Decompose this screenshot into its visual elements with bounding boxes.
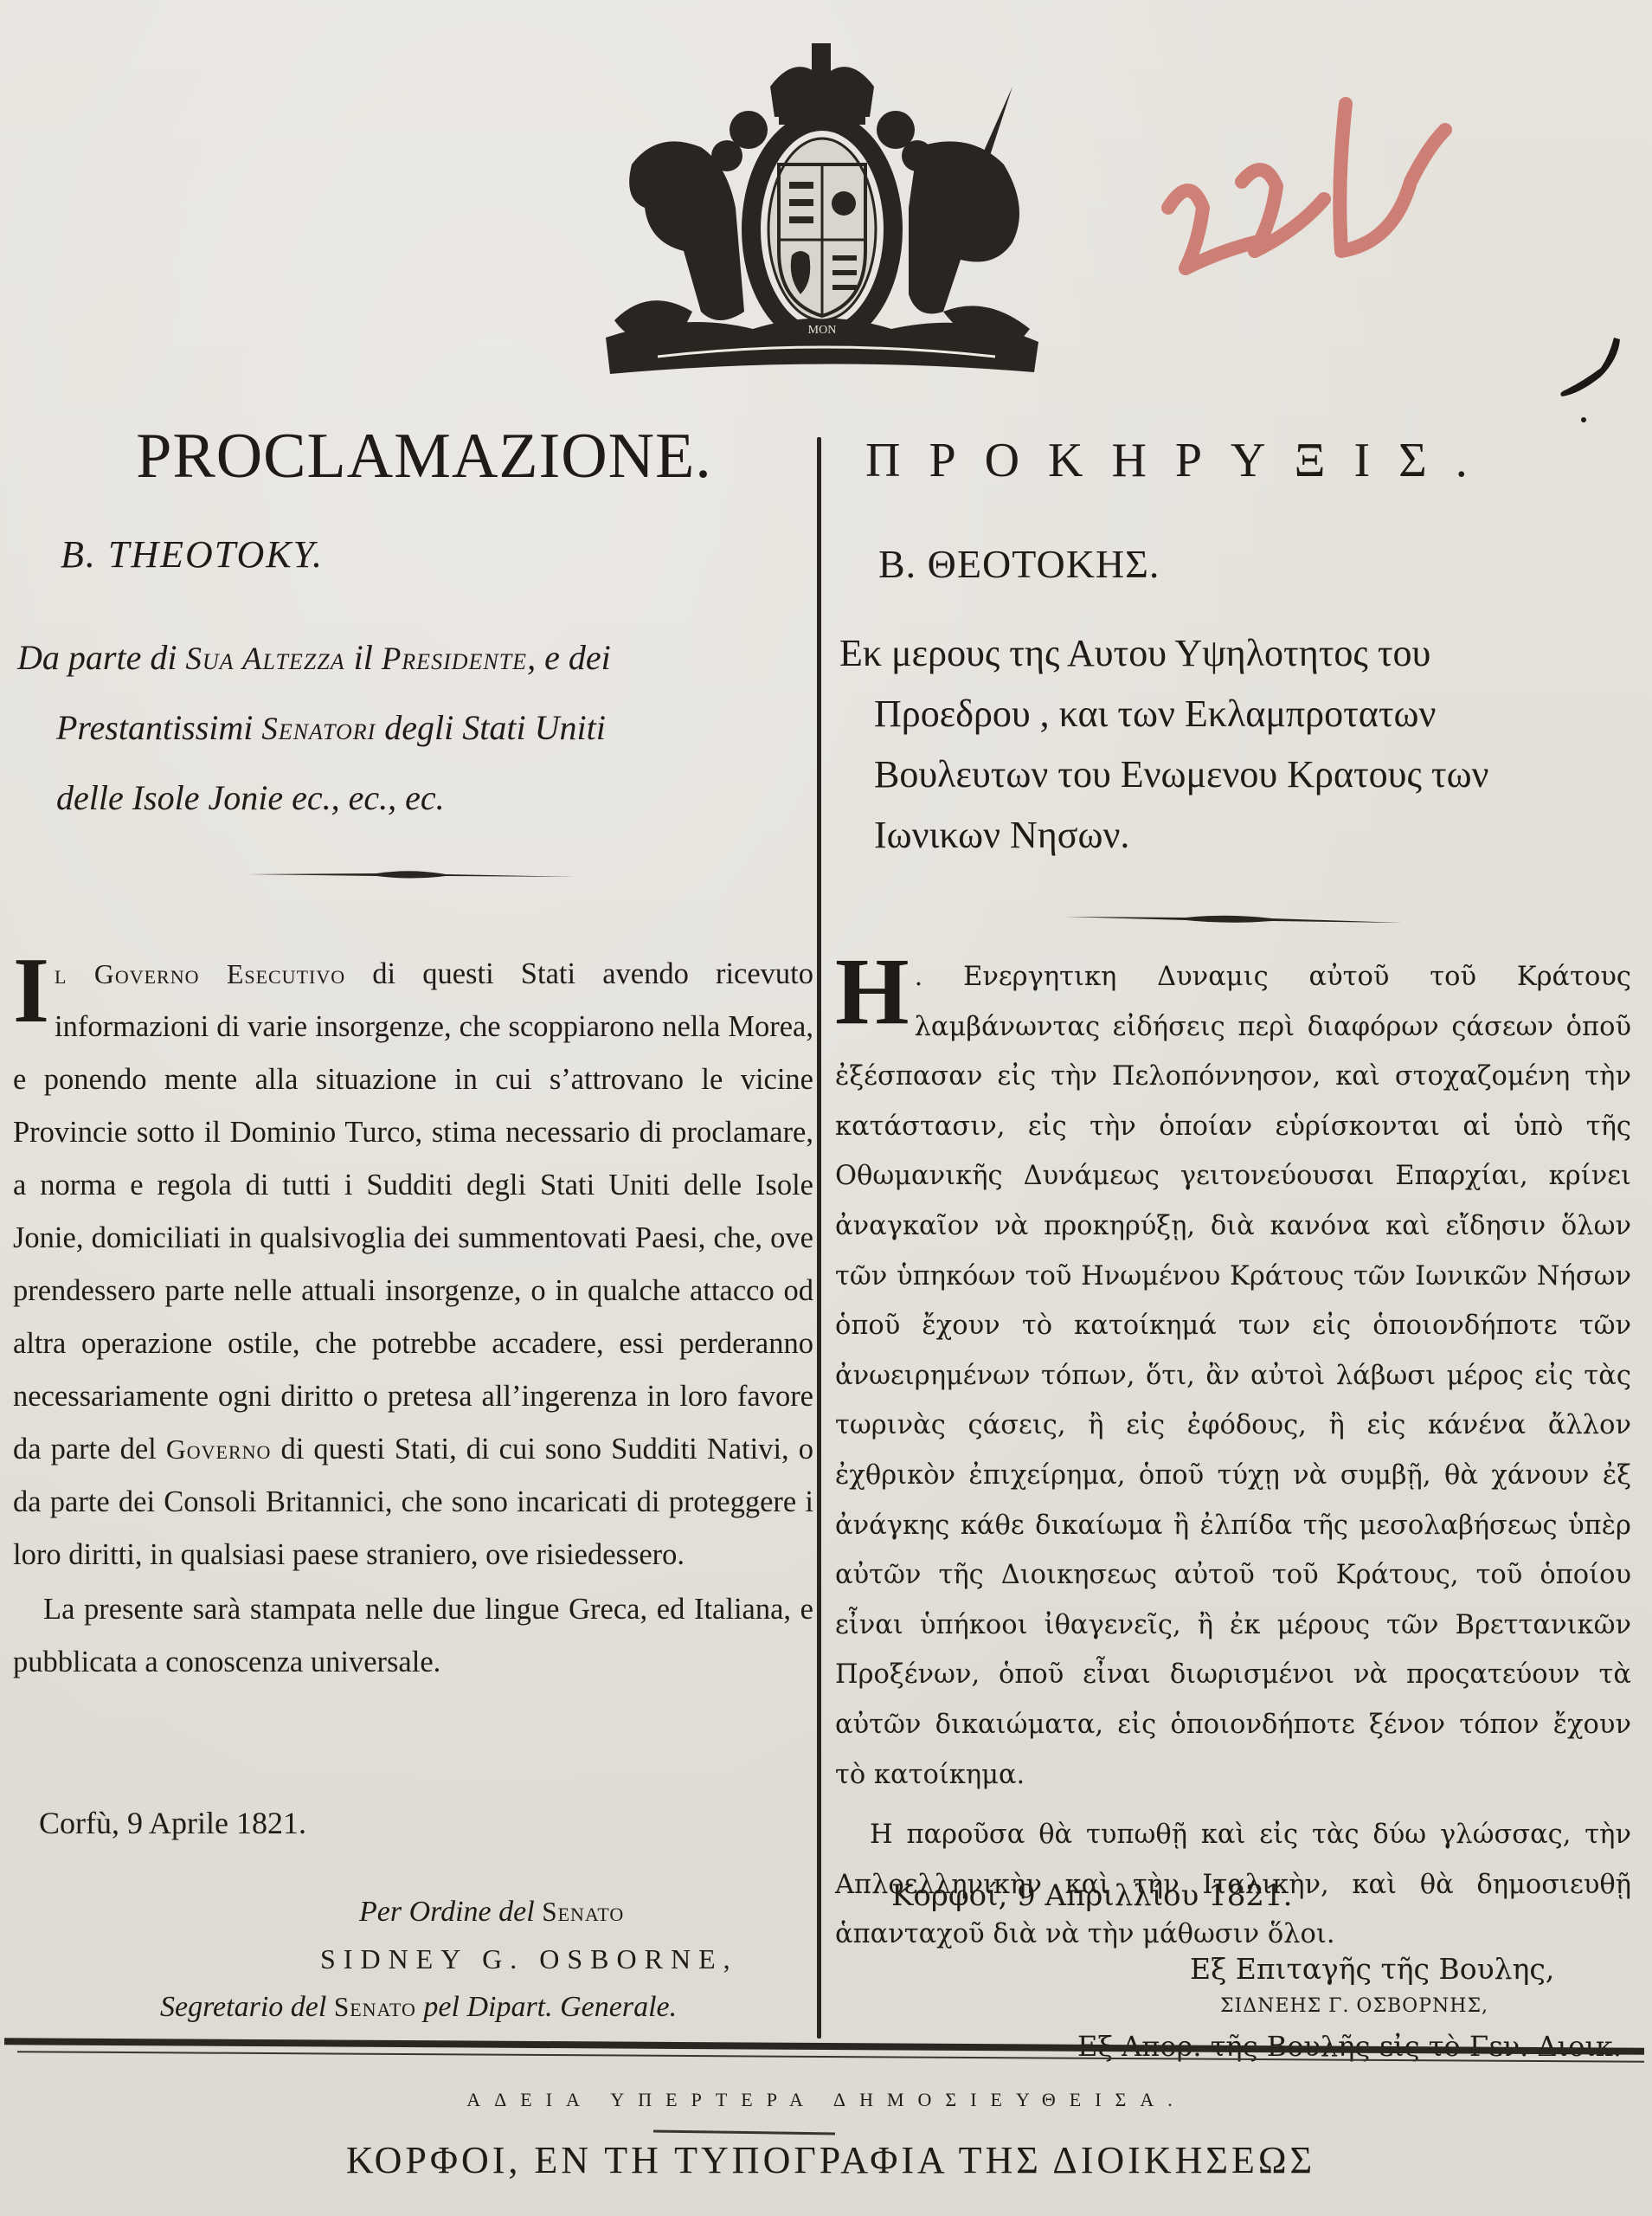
- proclamation-sheet: MON PROCLAMAZIONE. B. THEOTOKY. Da parte…: [0, 0, 1652, 2216]
- greek-intro-line-3: Βουλευτων του Ενωμενου Κρατους των: [839, 744, 1636, 805]
- red-crayon-annotation: [1151, 78, 1506, 303]
- greek-body: Η. Ενεργητικη Δυναμις αὐτοῦ τοῦ Κράτους …: [835, 952, 1631, 1960]
- italian-body: Il Governo Esecutivo di questi Stati ave…: [13, 948, 813, 1689]
- drop-cap: I: [13, 957, 49, 1026]
- column-divider: [817, 437, 821, 2039]
- italian-paragraph-2: La presente sarà stampata nelle due ling…: [13, 1583, 813, 1689]
- royal-coat-of-arms-icon: MON: [597, 35, 1047, 381]
- ink-smudge: [1540, 329, 1627, 433]
- svg-text:MON: MON: [808, 324, 837, 337]
- ornament-divider-icon: [1064, 914, 1402, 924]
- italian-intro-line-3: delle Isole Jonie ec., ec., ec.: [17, 763, 813, 833]
- italian-signature-name: SIDNEY G. OSBORNE,: [320, 1943, 738, 1975]
- imprint-authorization: ΑΔΕΙΑ ΥΠΕΡΤΕΡΑ ΔΗΜΟΣΙΕΥΘΕΙΣΑ.: [329, 2089, 1324, 2111]
- italian-signature-title: Segretario del Senato pel Dipart. Genera…: [160, 1991, 677, 2024]
- italian-intro-line-1: Da parte di Sua Altezza il Presidente, e…: [17, 623, 813, 693]
- greek-title: ΠΡΟΚΗΡΥΞΙΣ.: [865, 433, 1558, 488]
- greek-intro-line-1: Εκ μερους της Αυτου Υψηλοτητος του: [839, 623, 1636, 684]
- drop-cap: Η: [835, 954, 910, 1028]
- imprint-rule: [653, 2130, 835, 2135]
- imprint-printer: ΚΟΡΦΟΙ, ΕΝ ΤΗ ΤΥΠΟΓΡΑΦΙΑ ΤΗΣ ΔΙΟΙΚΗΣΕΩΣ: [294, 2138, 1367, 2182]
- italian-intro: Da parte di Sua Altezza il Presidente, e…: [17, 623, 813, 833]
- greek-intro-line-4: Ιωνικων Νησων.: [839, 805, 1636, 866]
- greek-signature-order: Εξ Επιταγῆς τῆς Βουλης,: [1190, 1952, 1554, 1986]
- italian-date-place: Corfù, 9 Aprile 1821.: [39, 1805, 306, 1841]
- italian-title: PROCLAMAZIONE.: [104, 420, 744, 493]
- greek-signature-name: ΣΙΔΝΕΗΣ Γ. ΟΣΒΟΡΝΗΣ,: [1220, 1995, 1488, 2017]
- italian-signature-order: Per Ordine del Senato: [359, 1896, 624, 1929]
- greek-date-place: Κορφοί, 9 Απριλλίου 1821.: [891, 1878, 1292, 1913]
- italian-intro-line-2: Prestantissimi Senatori degli Stati Unit…: [17, 693, 813, 763]
- greek-paragraph-1: Η. Ενεργητικη Δυναμις αὐτοῦ τοῦ Κράτους …: [835, 952, 1631, 1800]
- greek-signer: Β. ΘΕΟΤΟΚΗΣ.: [878, 541, 1160, 587]
- greek-intro: Εκ μερους της Αυτου Υψηλοτητος του Προεδ…: [839, 623, 1636, 866]
- ornament-divider-icon: [247, 870, 575, 880]
- italian-paragraph-1: Il Governo Esecutivo di questi Stati ave…: [13, 948, 813, 1581]
- italian-signer: B. THEOTOKY.: [61, 532, 324, 577]
- greek-intro-line-2: Προεδρου , και των Εκλαμπροτατων: [839, 684, 1636, 744]
